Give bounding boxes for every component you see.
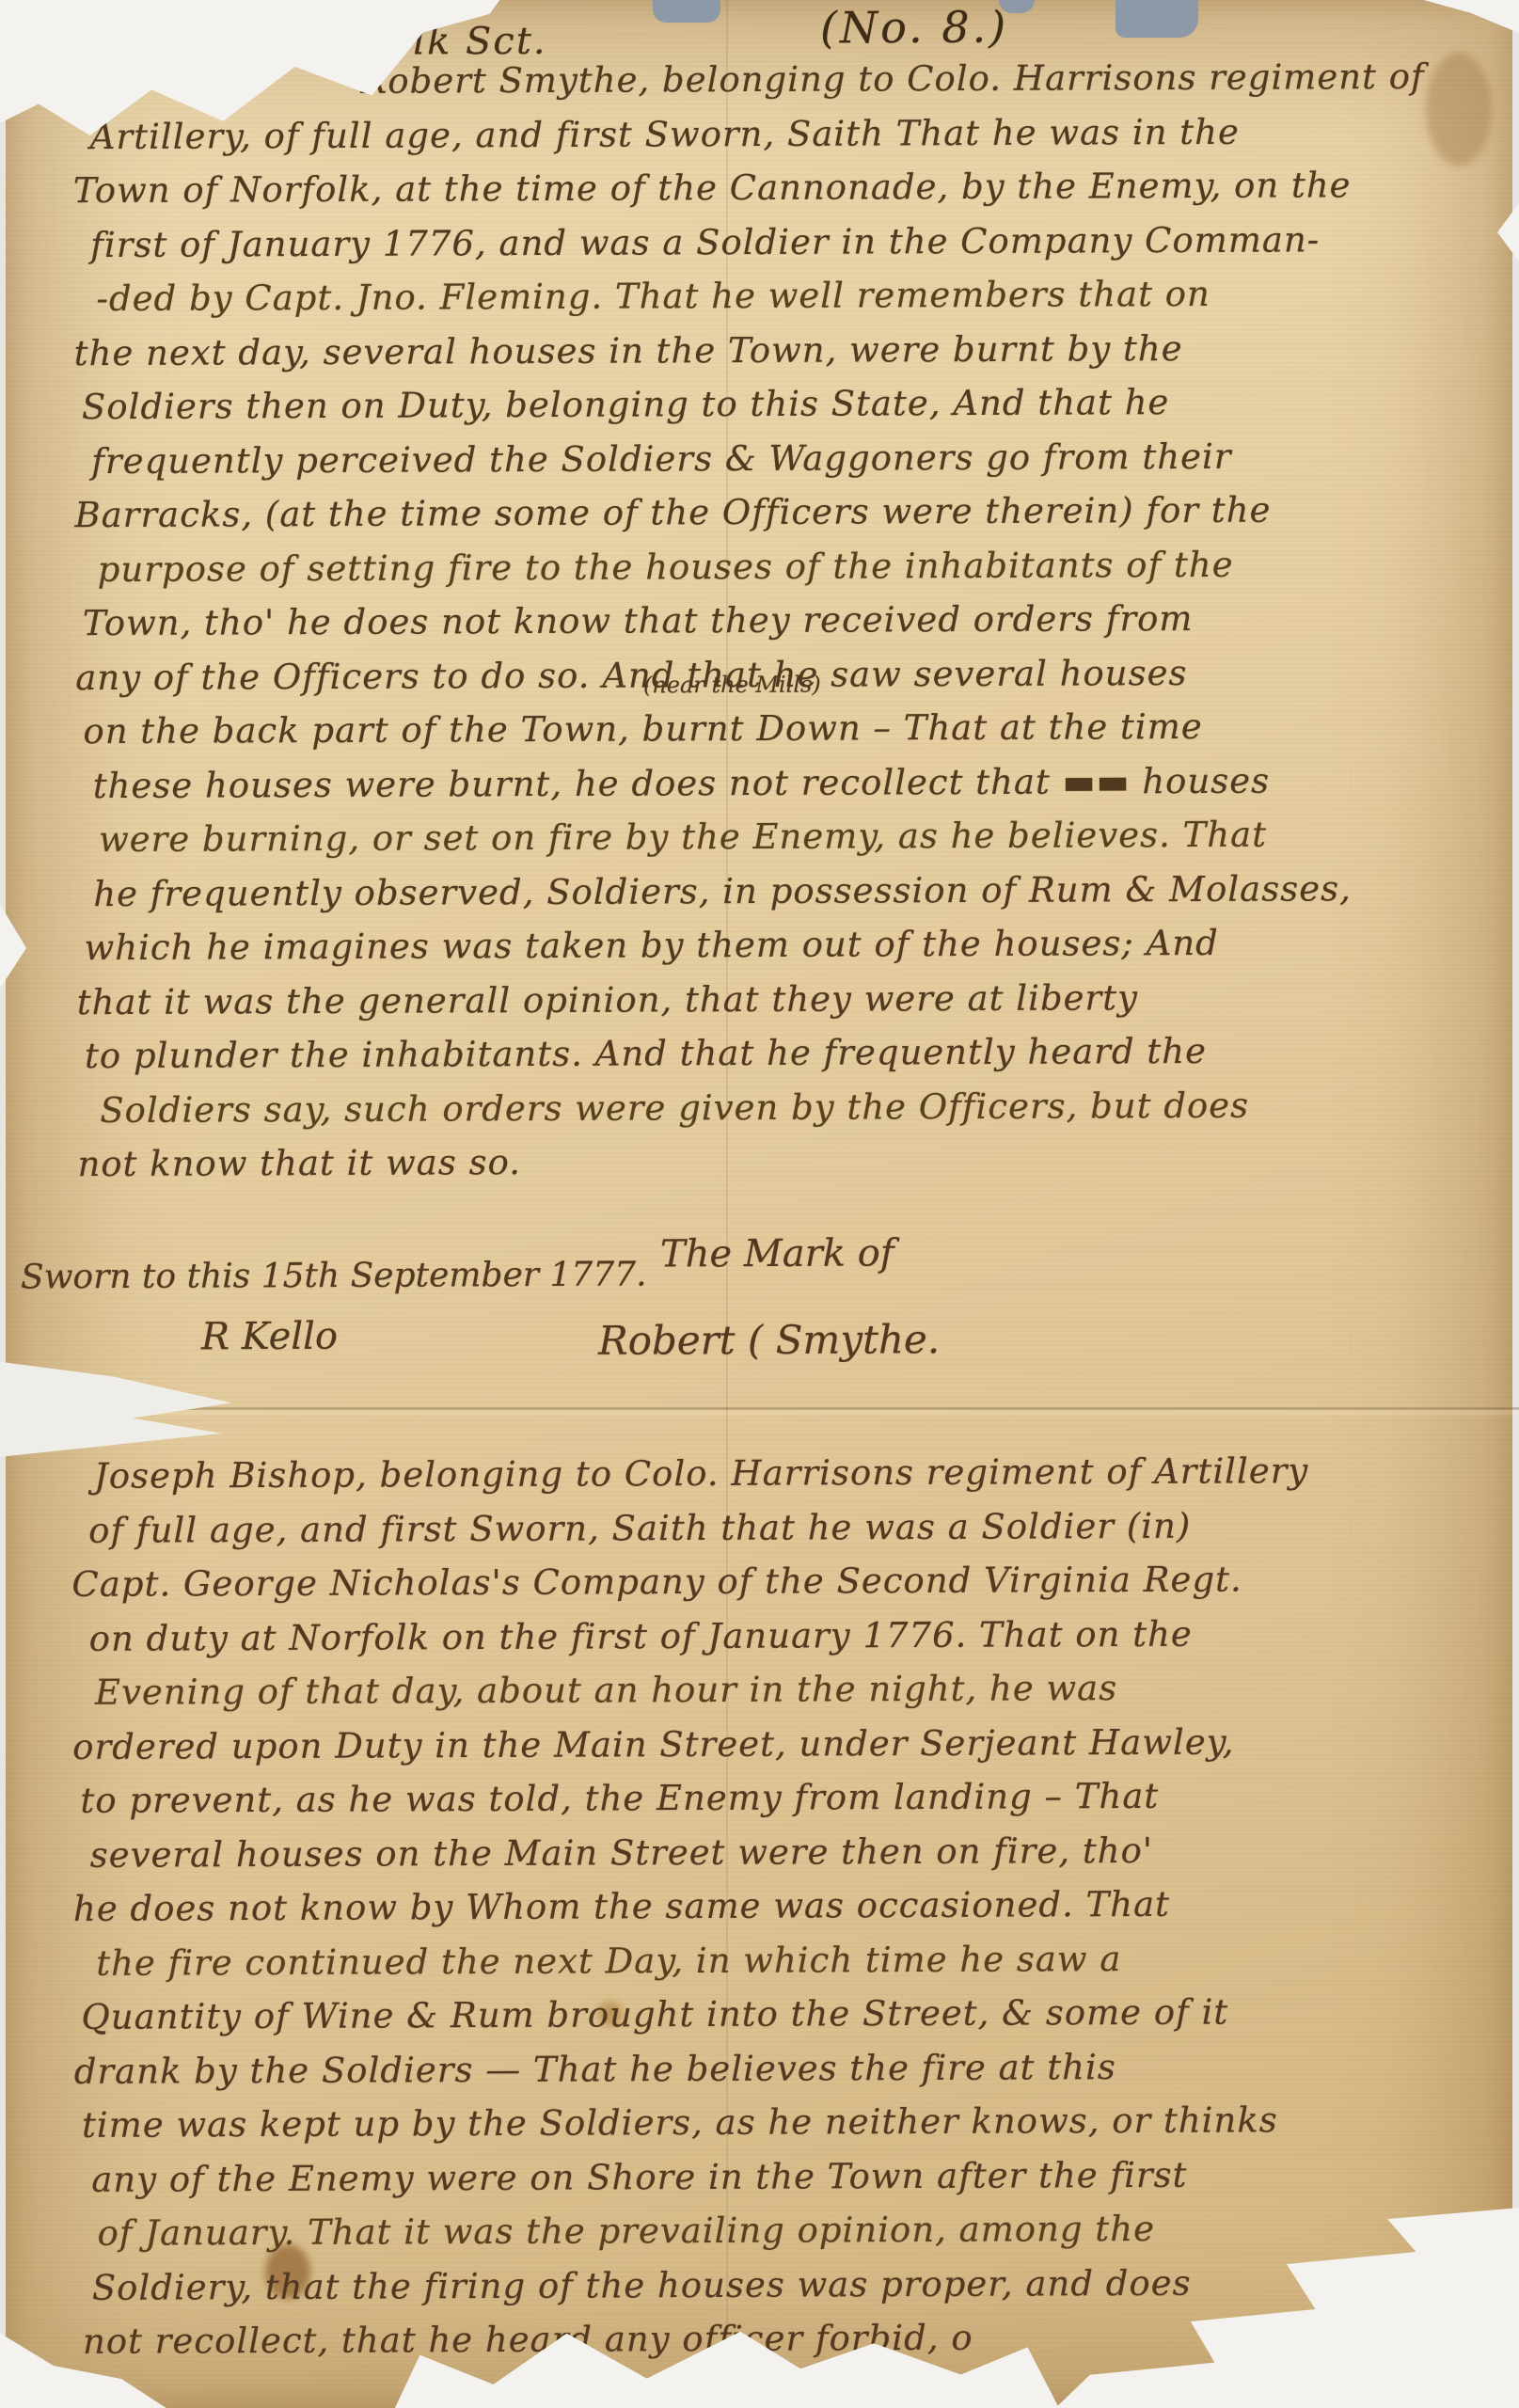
manuscript-line: Quantity of Wine & Rum brought into the …	[81, 1985, 1311, 2044]
manuscript-line: Artillery, of full age, and first Sworn,…	[90, 103, 1425, 164]
manuscript-line: Town, tho' he does not know that they re…	[83, 591, 1427, 651]
scanner-artifact	[1116, 0, 1198, 38]
mark-signature: Robert ( Smythe.	[598, 1316, 940, 1364]
manuscript-line: on the back part of the Town, burnt Down…	[83, 699, 1427, 759]
manuscript-line: of January. That it was the prevailing o…	[97, 2201, 1312, 2260]
justice-signature: R Kello	[201, 1315, 338, 1359]
manuscript-line: ordered upon Duty in the Main Street, un…	[72, 1715, 1310, 1774]
manuscript-line: to plunder the inhabitants. And that he …	[85, 1023, 1429, 1084]
manuscript-line: frequently perceived the Soldiers & Wagg…	[91, 428, 1426, 488]
manuscript-line: drank by the Soldiers — That he believes…	[74, 2039, 1312, 2099]
deposition-bishop: Joseph Bishop, belonging to Colo. Harris…	[79, 1444, 1313, 2368]
manuscript-line: purpose of setting fire to the houses of…	[98, 536, 1427, 596]
manuscript-line: Barracks, (at the time some of the Offic…	[74, 483, 1426, 543]
deposition-smythe: Robert Smythe, belonging to Colo. Harris…	[80, 50, 1429, 1192]
fold-crease	[0, 1407, 1519, 1410]
manuscript-line: these houses were burnt, he does not rec…	[93, 752, 1428, 813]
manuscript-line: Joseph Bishop, belonging to Colo. Harris…	[79, 1444, 1309, 1503]
manuscript-line: on duty at Norfolk on the first of Janua…	[89, 1607, 1310, 1666]
stain	[1426, 53, 1492, 166]
manuscript-scan: (No. 8.) Borough of Norfolk Sct. Robert …	[0, 0, 1519, 2408]
manuscript-line: he frequently observed, Soldiers, in pos…	[93, 861, 1428, 921]
manuscript-line: Capt. George Nicholas's Company of the S…	[71, 1552, 1309, 1611]
manuscript-line: any of the Enemy were on Shore in the To…	[91, 2147, 1312, 2207]
manuscript-line: which he imagines was taken by them out …	[84, 915, 1428, 975]
page-number-label: (No. 8.)	[820, 2, 1008, 54]
manuscript-line: he does not know by Whom the same was oc…	[73, 1877, 1311, 1936]
manuscript-line: first of January 1776, and was a Soldier…	[90, 212, 1425, 272]
manuscript-line: the next day, several houses in the Town…	[74, 320, 1426, 380]
manuscript-line: of full age, and first Sworn, Saith that…	[88, 1498, 1309, 1558]
manuscript-line: Evening of that day, about an hour in th…	[95, 1660, 1310, 1719]
manuscript-line: several houses on the Main Street were t…	[90, 1823, 1311, 1882]
manuscript-line: Soldiers say, such orders were given by …	[100, 1077, 1429, 1137]
manuscript-line: that it was the generall opinion, that t…	[77, 969, 1429, 1029]
manuscript-line: were burning, or set on fire by the Enem…	[99, 807, 1428, 867]
manuscript-line: Soldiery, that the firing of the houses …	[92, 2256, 1313, 2315]
scanner-artifact	[653, 0, 720, 23]
manuscript-line: -ded by Capt. Jno. Fleming. That he well…	[96, 266, 1425, 326]
manuscript-line: not know that it was so.	[77, 1132, 1429, 1192]
manuscript-line: time was kept up by the Soldiers, as he …	[82, 2093, 1312, 2152]
manuscript-line: Soldiers then on Duty, belonging to this…	[82, 374, 1426, 435]
attestation-line: Sworn to this 15th September 1777.	[21, 1256, 647, 1297]
manuscript-line: Town of Norfolk, at the time of the Cann…	[73, 158, 1425, 218]
mark-label: The Mark of	[660, 1231, 894, 1275]
manuscript-line: to prevent, as he was told, the Enemy fr…	[80, 1768, 1310, 1828]
manuscript-line: the fire continued the next Day, in whic…	[96, 1931, 1311, 1990]
interlinear-insertion: (near the Mills)	[643, 672, 821, 699]
